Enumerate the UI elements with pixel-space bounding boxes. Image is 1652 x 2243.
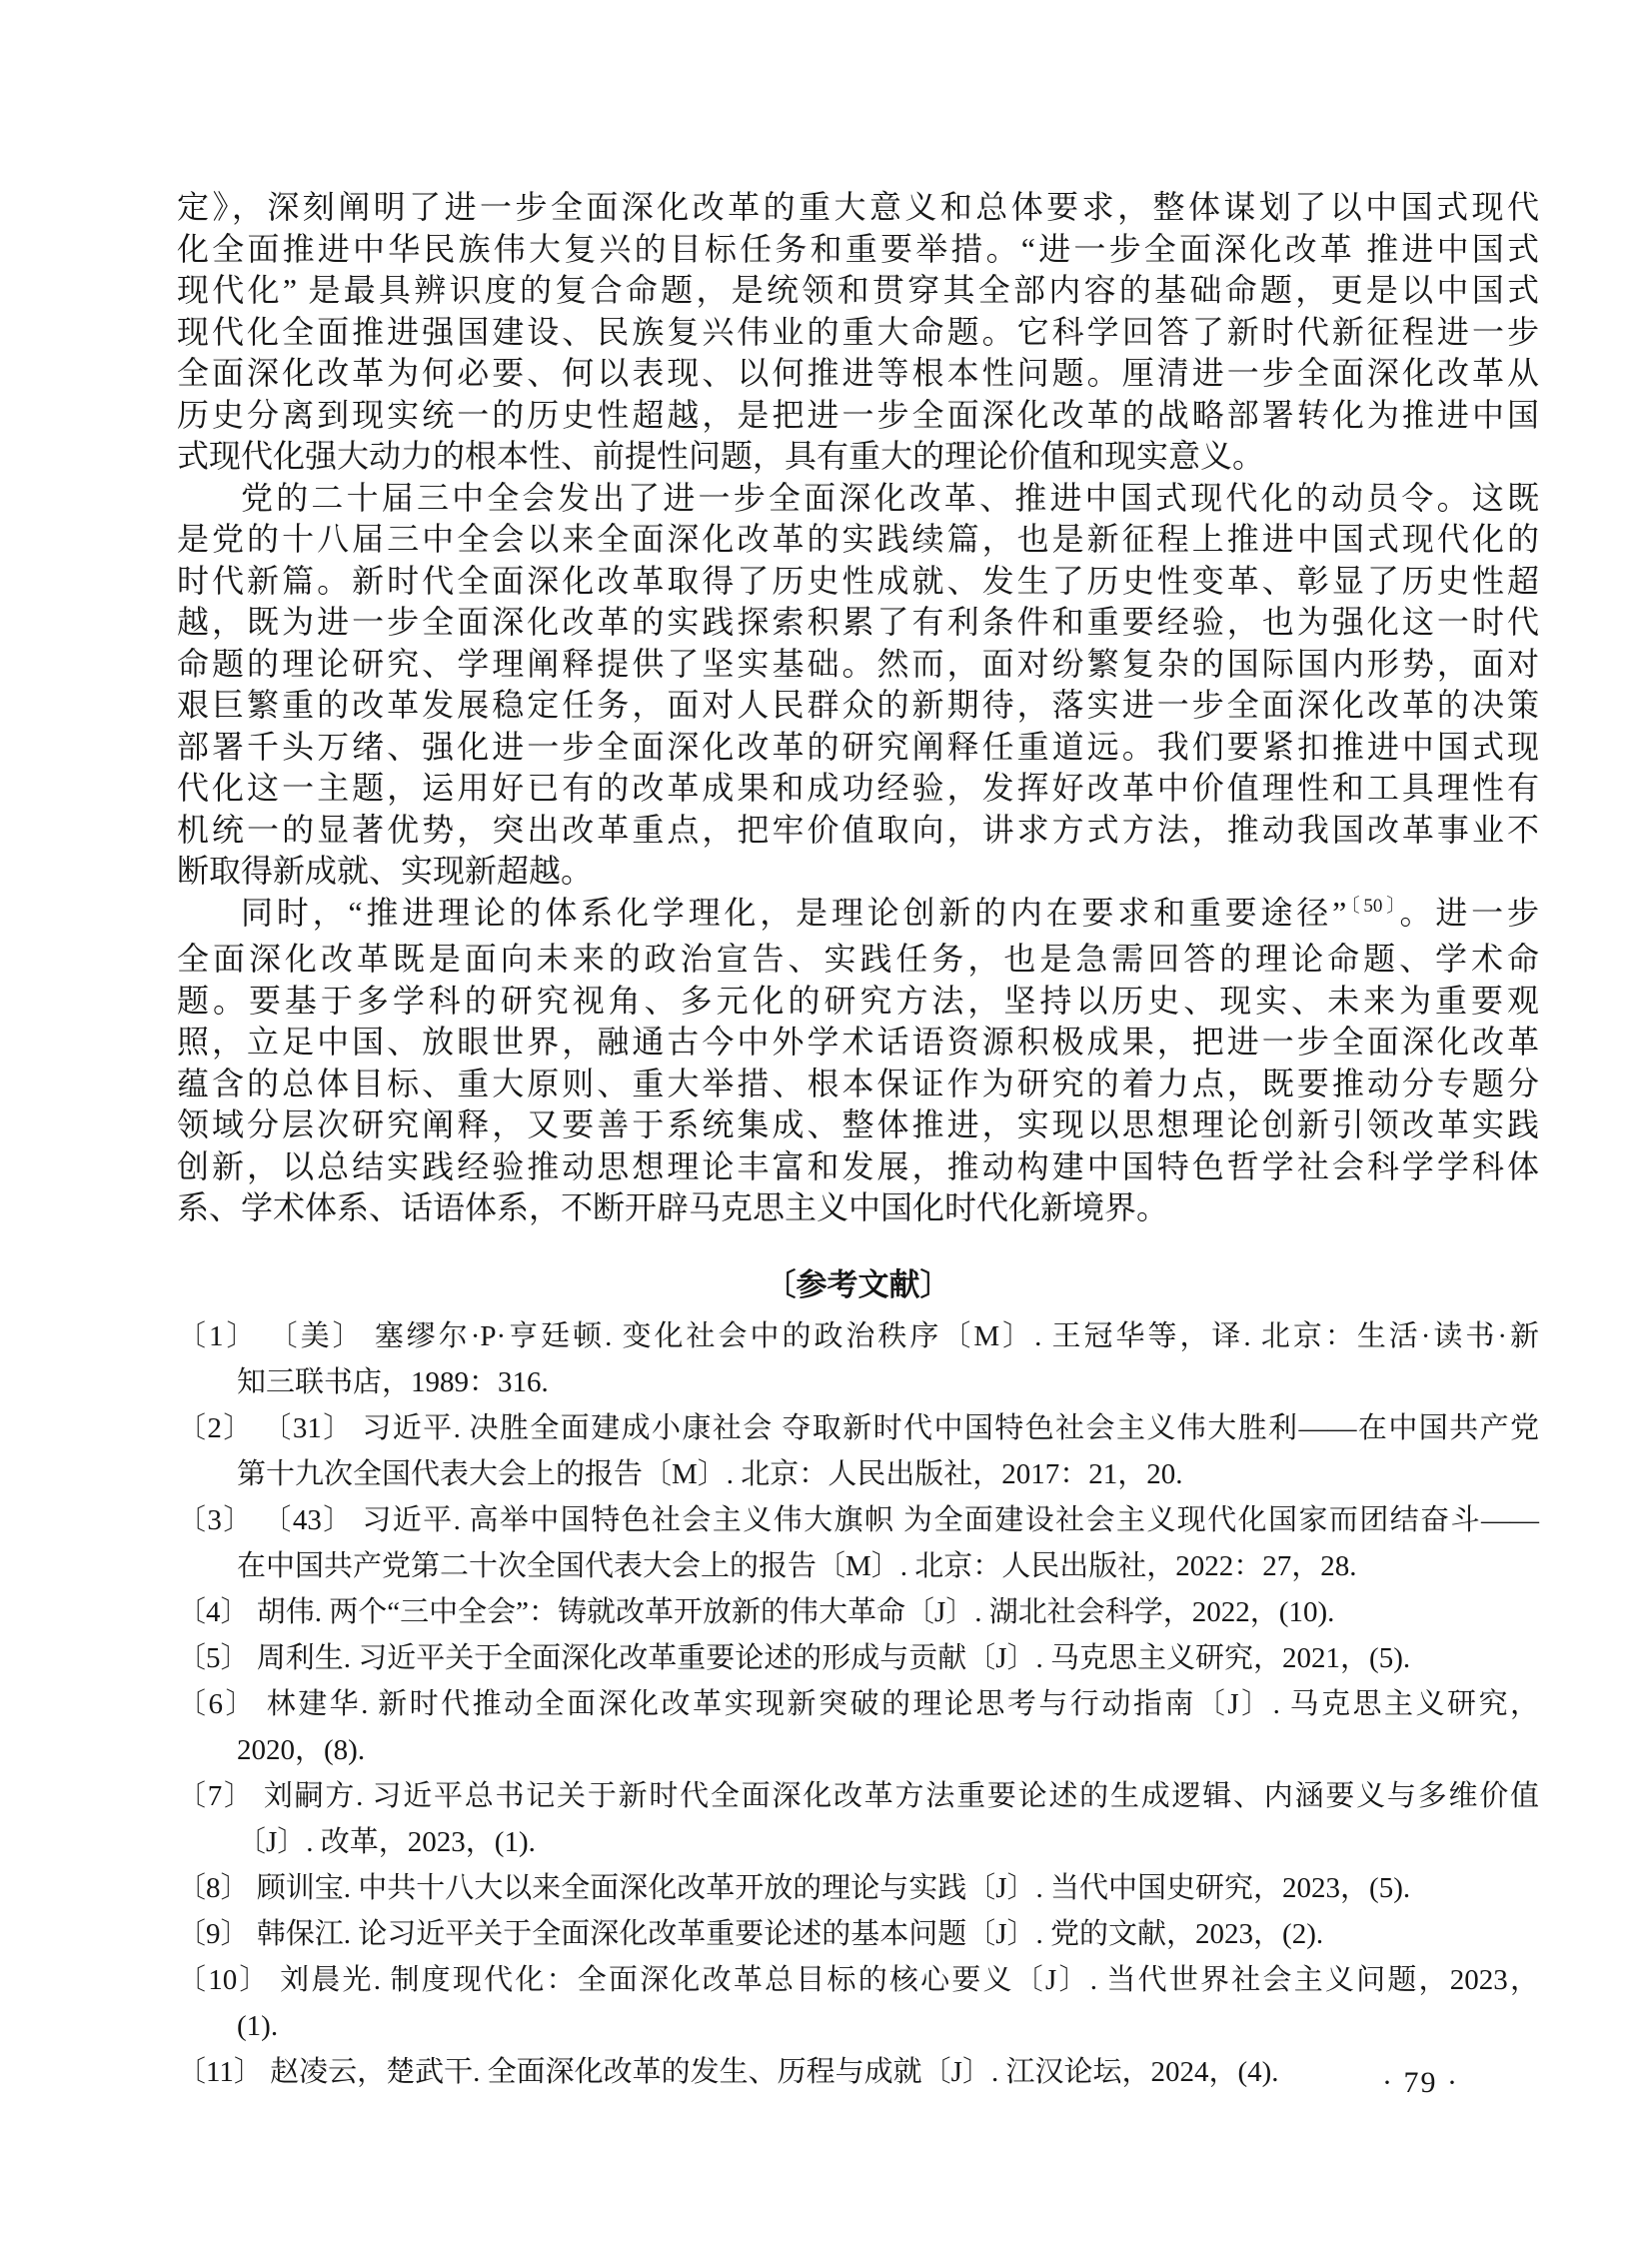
body-line: 历史分离到现实统一的历史性超越，是把进一步全面深化改革的战略部署转化为推进中国	[177, 395, 1539, 437]
body-line-text: 。进一步	[1400, 895, 1539, 931]
body-line: 创新，以总结实践经验推动思想理论丰富和发展，推动构建中国特色哲学社会科学学科体	[177, 1146, 1539, 1188]
body-line: 题。要基于多学科的研究视角、多元化的研究方法，坚持以历史、现实、未来为重要观	[177, 981, 1539, 1023]
reference-line: 第十九次全国代表大会上的报告〔M〕. 北京：人民出版社，2017：21，20.	[177, 1451, 1539, 1497]
reference-list: 〔1〕 〔美〕 塞缪尔·P·亨廷顿. 变化社会中的政治秩序〔M〕. 王冠华等，译…	[177, 1313, 1539, 2095]
body-line: 部署千头万绪、强化进一步全面深化改革的研究阐释任重道远。我们要紧扣推进中国式现	[177, 727, 1539, 769]
body-line: 照，立足中国、放眼世界，融通古今中外学术话语资源积极成果，把进一步全面深化改革	[177, 1022, 1539, 1064]
references-title: 〔参考文献〕	[177, 1264, 1539, 1306]
reference-item: 〔7〕 刘嗣方. 习近平总书记关于新时代全面深化改革方法重要论述的生成逻辑、内涵…	[177, 1773, 1539, 1865]
body-line: 代化这一主题，运用好已有的改革成果和成功经验，发挥好改革中价值理性和工具理性有	[177, 768, 1539, 810]
body-line: 是党的十八届三中全会以来全面深化改革的实践续篇，也是新征程上推进中国式现代化的	[177, 519, 1539, 561]
reference-item: 〔8〕 顾训宝. 中共十八大以来全面深化改革开放的理论与实践〔J〕. 当代中国史…	[177, 1865, 1539, 1911]
body-line: 命题的理论研究、学理阐释提供了坚实基础。然而，面对纷繁复杂的国际国内形势，面对	[177, 644, 1539, 686]
body-line: 领域分层次研究阐释，又要善于系统集成、整体推进，实现以思想理论创新引领改革实践	[177, 1105, 1539, 1146]
body-line: 定》，深刻阐明了进一步全面深化改革的重大意义和总体要求，整体谋划了以中国式现代	[177, 187, 1539, 229]
reference-line: 〔2〕 〔31〕 习近平. 决胜全面建成小康社会 夺取新时代中国特色社会主义伟大…	[177, 1405, 1539, 1451]
reference-line: 〔8〕 顾训宝. 中共十八大以来全面深化改革开放的理论与实践〔J〕. 当代中国史…	[177, 1865, 1539, 1911]
reference-line: 〔11〕 赵凌云，楚武干. 全面深化改革的发生、历程与成就〔J〕. 江汉论坛，2…	[177, 2049, 1539, 2095]
reference-line: 〔7〕 刘嗣方. 习近平总书记关于新时代全面深化改革方法重要论述的生成逻辑、内涵…	[177, 1773, 1539, 1819]
document-page: 定》，深刻阐明了进一步全面深化改革的重大意义和总体要求，整体谋划了以中国式现代化…	[0, 0, 1652, 2243]
reference-item: 〔3〕 〔43〕 习近平. 高举中国特色社会主义伟大旗帜 为全面建设社会主义现代…	[177, 1497, 1539, 1589]
reference-item: 〔2〕 〔31〕 习近平. 决胜全面建成小康社会 夺取新时代中国特色社会主义伟大…	[177, 1405, 1539, 1497]
reference-line: (1).	[177, 2003, 1539, 2049]
reference-item: 〔1〕 〔美〕 塞缪尔·P·亨廷顿. 变化社会中的政治秩序〔M〕. 王冠华等，译…	[177, 1313, 1539, 1405]
reference-line: 〔6〕 林建华. 新时代推动全面深化改革实现新突破的理论思考与行动指南〔J〕. …	[177, 1681, 1539, 1727]
reference-line: 〔10〕 刘晨光. 制度现代化：全面深化改革总目标的核心要义〔J〕. 当代世界社…	[177, 1957, 1539, 2003]
reference-line: 2020，(8).	[177, 1727, 1539, 1773]
reference-item: 〔11〕 赵凌云，楚武干. 全面深化改革的发生、历程与成就〔J〕. 江汉论坛，2…	[177, 2049, 1539, 2095]
body-line: 全面深化改革为何必要、何以表现、以何推进等根本性问题。厘清进一步全面深化改革从	[177, 353, 1539, 395]
reference-line: 〔1〕 〔美〕 塞缪尔·P·亨廷顿. 变化社会中的政治秩序〔M〕. 王冠华等，译…	[177, 1313, 1539, 1359]
body-line: 越，既为进一步全面深化改革的实践探索积累了有利条件和重要经验，也为强化这一时代	[177, 602, 1539, 644]
reference-item: 〔10〕 刘晨光. 制度现代化：全面深化改革总目标的核心要义〔J〕. 当代世界社…	[177, 1957, 1539, 2049]
citation-superscript: 〔50〕	[1346, 896, 1399, 917]
body-line: 系、学术体系、话语体系，不断开辟马克思主义中国化时代化新境界。	[177, 1187, 1539, 1229]
page-number: · 79 ·	[1382, 2065, 1459, 2101]
body-text: 定》，深刻阐明了进一步全面深化改革的重大意义和总体要求，整体谋划了以中国式现代化…	[177, 187, 1539, 1229]
body-line: 同时，“推进理论的体系化学理化，是理论创新的内在要求和重要途径”〔50〕。进一步	[177, 893, 1539, 940]
reference-line: 知三联书店，1989：316.	[177, 1359, 1539, 1405]
body-line: 全面深化改革既是面向未来的政治宣告、实践任务，也是急需回答的理论命题、学术命	[177, 939, 1539, 981]
reference-line: 在中国共产党第二十次全国代表大会上的报告〔M〕. 北京：人民出版社，2022：2…	[177, 1543, 1539, 1589]
body-line: 现代化全面推进强国建设、民族复兴伟业的重大命题。它科学回答了新时代新征程进一步	[177, 312, 1539, 354]
reference-item: 〔6〕 林建华. 新时代推动全面深化改革实现新突破的理论思考与行动指南〔J〕. …	[177, 1681, 1539, 1773]
body-line: 化全面推进中华民族伟大复兴的目标任务和重要举措。“进一步全面深化改革 推进中国式	[177, 229, 1539, 271]
reference-item: 〔5〕 周利生. 习近平关于全面深化改革重要论述的形成与贡献〔J〕. 马克思主义…	[177, 1635, 1539, 1681]
body-line-text: 同时，“推进理论的体系化学理化，是理论创新的内在要求和重要途径”	[241, 895, 1346, 931]
body-line: 机统一的显著优势，突出改革重点，把牢价值取向，讲求方式方法，推动我国改革事业不	[177, 810, 1539, 852]
reference-item: 〔4〕 胡伟. 两个“三中全会”：铸就改革开放新的伟大革命〔J〕. 湖北社会科学…	[177, 1589, 1539, 1635]
body-line: 蕴含的总体目标、重大原则、重大举措、根本保证作为研究的着力点，既要推动分专题分	[177, 1064, 1539, 1106]
reference-line: 〔J〕. 改革，2023，(1).	[177, 1819, 1539, 1865]
body-line: 时代新篇。新时代全面深化改革取得了历史性成就、发生了历史性变革、彰显了历史性超	[177, 561, 1539, 603]
reference-line: 〔4〕 胡伟. 两个“三中全会”：铸就改革开放新的伟大革命〔J〕. 湖北社会科学…	[177, 1589, 1539, 1635]
body-line: 断取得新成就、实现新超越。	[177, 851, 1539, 893]
reference-item: 〔9〕 韩保江. 论习近平关于全面深化改革重要论述的基本问题〔J〕. 党的文献，…	[177, 1911, 1539, 1957]
body-line: 党的二十届三中全会发出了进一步全面深化改革、推进中国式现代化的动员令。这既	[177, 478, 1539, 520]
page-content: 定》，深刻阐明了进一步全面深化改革的重大意义和总体要求，整体谋划了以中国式现代化…	[177, 187, 1539, 2095]
reference-line: 〔5〕 周利生. 习近平关于全面深化改革重要论述的形成与贡献〔J〕. 马克思主义…	[177, 1635, 1539, 1681]
reference-line: 〔9〕 韩保江. 论习近平关于全面深化改革重要论述的基本问题〔J〕. 党的文献，…	[177, 1911, 1539, 1957]
body-line: 式现代化强大动力的根本性、前提性问题，具有重大的理论价值和现实意义。	[177, 436, 1539, 478]
body-line: 艰巨繁重的改革发展稳定任务，面对人民群众的新期待，落实进一步全面深化改革的决策	[177, 685, 1539, 727]
body-line: 现代化” 是最具辨识度的复合命题，是统领和贯穿其全部内容的基础命题，更是以中国式	[177, 270, 1539, 312]
reference-line: 〔3〕 〔43〕 习近平. 高举中国特色社会主义伟大旗帜 为全面建设社会主义现代…	[177, 1497, 1539, 1543]
